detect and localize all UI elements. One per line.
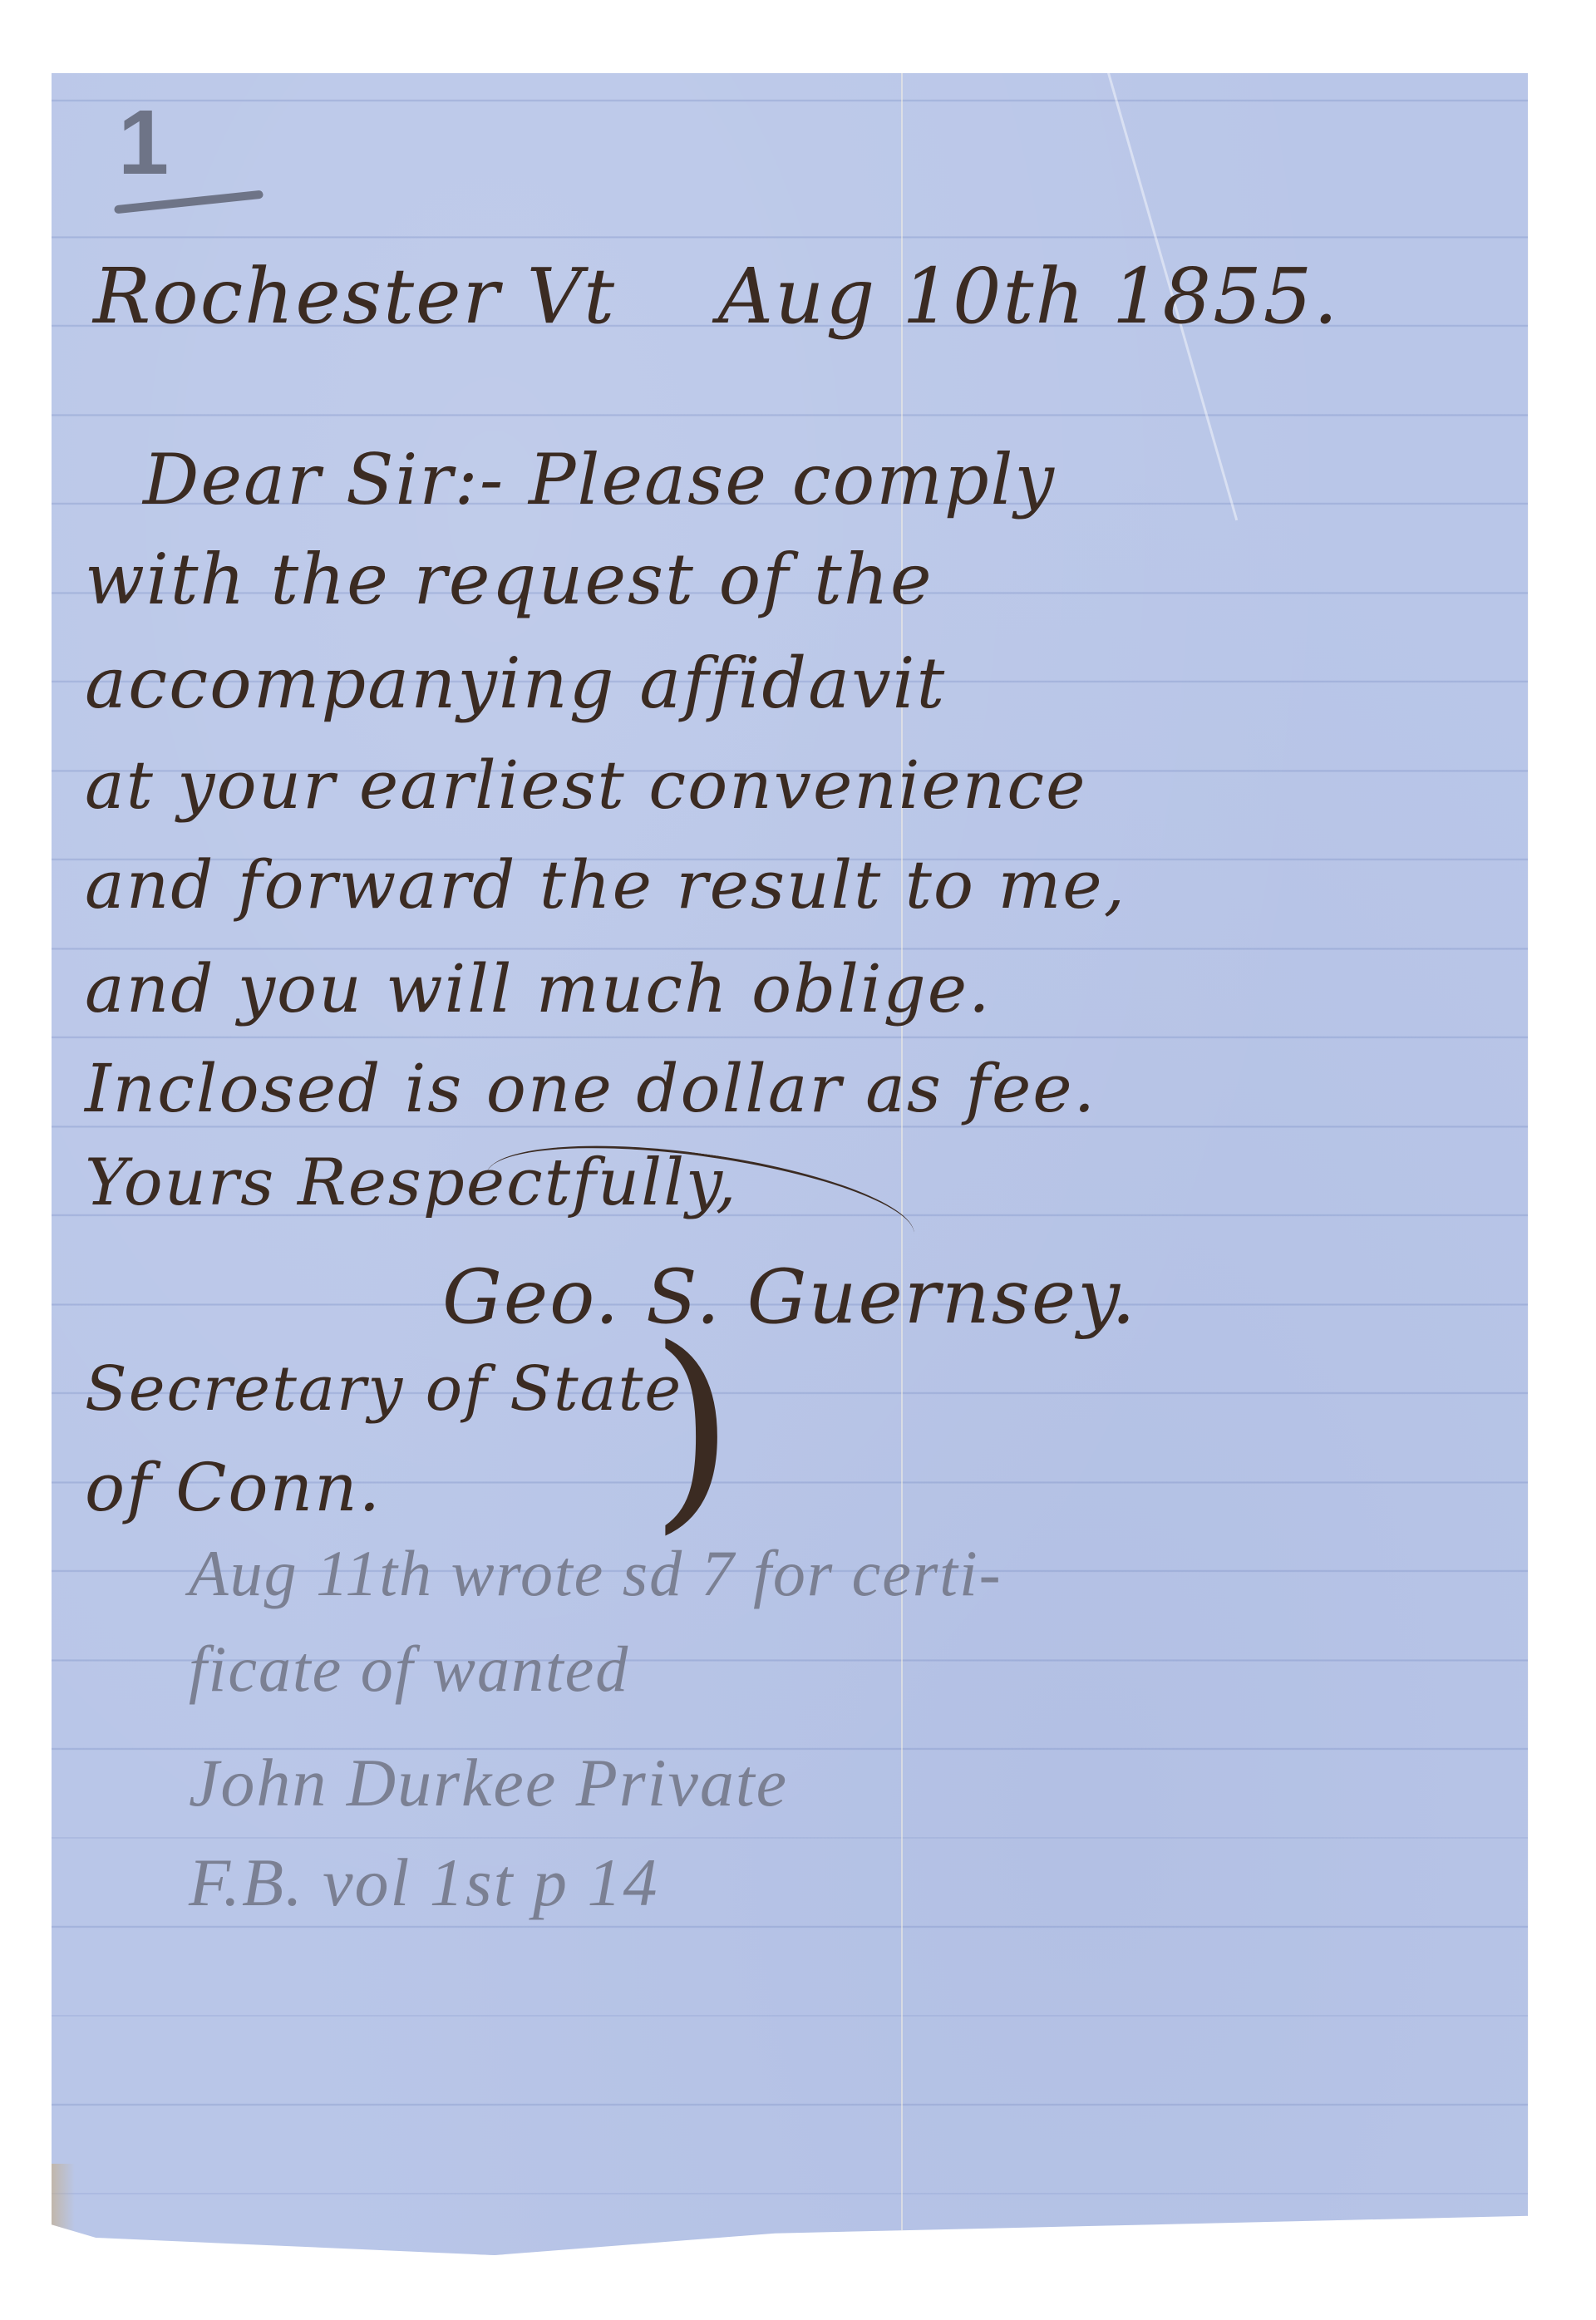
body-line-5: and forward the result to me,: [85, 846, 1126, 924]
pencil-note-line-3: John Durkee Private: [189, 1744, 788, 1822]
body-line-4: at your earliest convenience: [85, 746, 1086, 824]
body-line-2: with the request of the: [85, 539, 933, 620]
pencil-note-line-1: Aug 11th wrote sd 7 for certi-: [189, 1536, 1002, 1611]
letter-sheet: 1 Rochester Vt Aug 10th 1855. Dear Sir:-…: [52, 73, 1528, 2255]
edge-stain: [52, 2164, 75, 2239]
addressee-line-1: Secretary of State: [85, 1353, 682, 1425]
body-line-1: Dear Sir:- Please comply: [143, 439, 1056, 520]
page-number: 1: [118, 90, 169, 195]
body-line-3: accompanying affidavit: [85, 643, 946, 724]
pencil-note-line-4: F.B. vol 1st p 14: [189, 1844, 658, 1922]
center-fold: [901, 73, 903, 2255]
signature: Geo. S. Guernsey.: [442, 1254, 1137, 1341]
addressee-line-2: of Conn.: [85, 1449, 382, 1526]
addressee-bracket: ): [650, 1320, 734, 1536]
letter-place-date: Rochester Vt Aug 10th 1855.: [93, 252, 1339, 341]
pencil-note-line-2: ficate of wanted: [189, 1632, 629, 1707]
body-line-7: Inclosed is one dollar as fee.: [85, 1050, 1096, 1127]
body-line-6: and you will much oblige.: [85, 950, 992, 1027]
letter-date: Aug 10th 1855.: [718, 252, 1340, 341]
letter-place: Rochester Vt: [93, 252, 616, 341]
